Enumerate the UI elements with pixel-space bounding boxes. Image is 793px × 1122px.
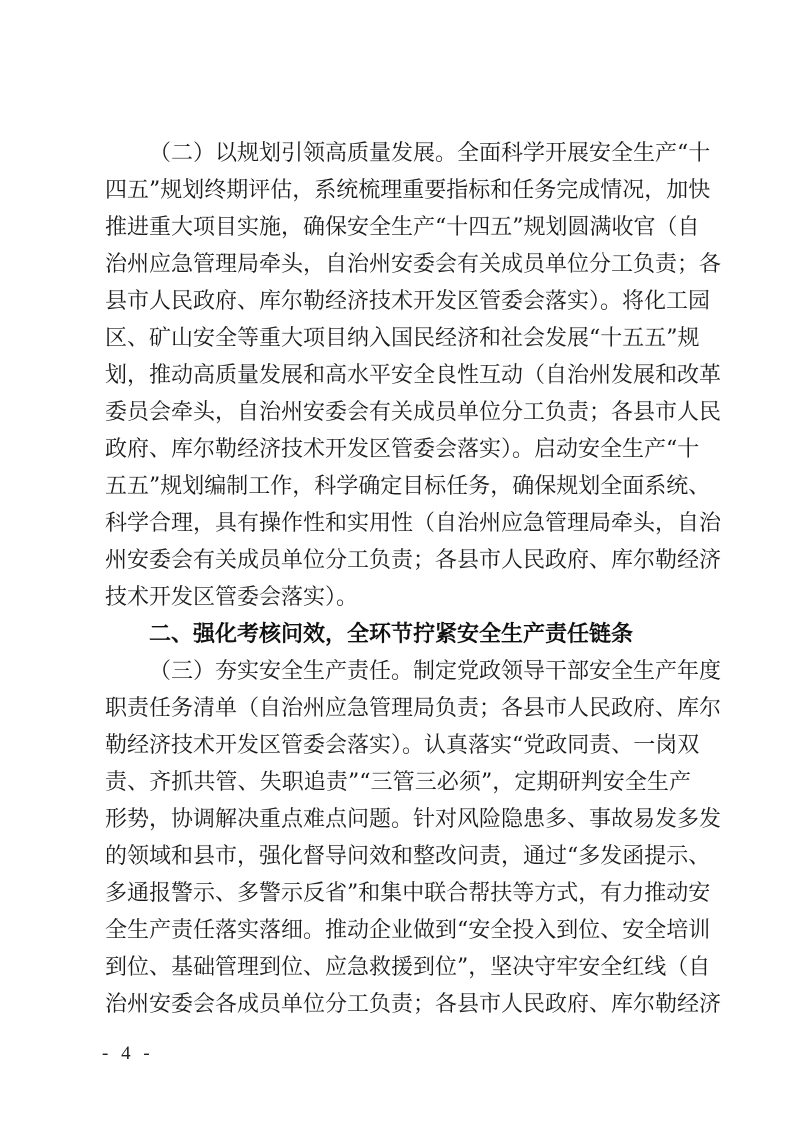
text-line: 推进重大项目实施，确保安全生产“十四五”规划圆满收官（自 (105, 209, 691, 246)
text-line: （二）以规划引领高质量发展。全面科学开展安全生产“十 (105, 135, 691, 172)
text-line: 区、矿山安全等重大项目纳入国民经济和社会发展“十五五”规 (105, 320, 691, 357)
text-line: 全生产责任落实落细。推动企业做到“安全投入到位、安全培训 (105, 912, 691, 949)
text-line: 多通报警示、多警示反省”和集中联合帮扶等方式，有力推动安 (105, 875, 691, 912)
page-number: - 4 - (102, 1043, 154, 1065)
text-line: 的领域和县市，强化督导问效和整改问责，通过“多发函提示、 (105, 838, 691, 875)
text-line: 技术开发区管委会落实）。 (105, 579, 691, 616)
paragraph-responsibility: （三）夯实安全生产责任。制定党政领导干部安全生产年度 职责任务清单（自治州应急管… (105, 653, 691, 1023)
text-line: 责、齐抓共管、失职追责”“三管三必须”，定期研判安全生产 (105, 764, 691, 801)
text-line: 划，推动高质量发展和高水平安全良性互动（自治州发展和改革 (105, 357, 691, 394)
text-line: 治州应急管理局牵头，自治州安委会有关成员单位分工负责；各 (105, 246, 691, 283)
text-line: 到位、基础管理到位、应急救援到位”，坚决守牢安全红线（自 (105, 949, 691, 986)
text-line: 职责任务清单（自治州应急管理局负责；各县市人民政府、库尔 (105, 690, 691, 727)
paragraph-planning: （二）以规划引领高质量发展。全面科学开展安全生产“十 四五”规划终期评估，系统梳… (105, 135, 691, 616)
text-line: 五五”规划编制工作，科学确定目标任务，确保规划全面系统、 (105, 468, 691, 505)
text-line: （三）夯实安全生产责任。制定党政领导干部安全生产年度 (105, 653, 691, 690)
text-line: 委员会牵头，自治州安委会有关成员单位分工负责；各县市人民 (105, 394, 691, 431)
text-line: 政府、库尔勒经济技术开发区管委会落实）。启动安全生产“十 (105, 431, 691, 468)
document-page: （二）以规划引领高质量发展。全面科学开展安全生产“十 四五”规划终期评估，系统梳… (105, 135, 691, 1023)
text-line: 四五”规划终期评估，系统梳理重要指标和任务完成情况，加快 (105, 172, 691, 209)
text-line: 形势，协调解决重点难点问题。针对风险隐患多、事故易发多发 (105, 801, 691, 838)
text-line: 治州安委会各成员单位分工负责；各县市人民政府、库尔勒经济 (105, 986, 691, 1023)
section-heading: 二、强化考核问效，全环节拧紧安全生产责任链条 (105, 616, 691, 653)
text-line: 科学合理，具有操作性和实用性（自治州应急管理局牵头，自治 (105, 505, 691, 542)
text-line: 州安委会有关成员单位分工负责；各县市人民政府、库尔勒经济 (105, 542, 691, 579)
text-line: 县市人民政府、库尔勒经济技术开发区管委会落实）。将化工园 (105, 283, 691, 320)
text-line: 勒经济技术开发区管委会落实）。认真落实“党政同责、一岗双 (105, 727, 691, 764)
